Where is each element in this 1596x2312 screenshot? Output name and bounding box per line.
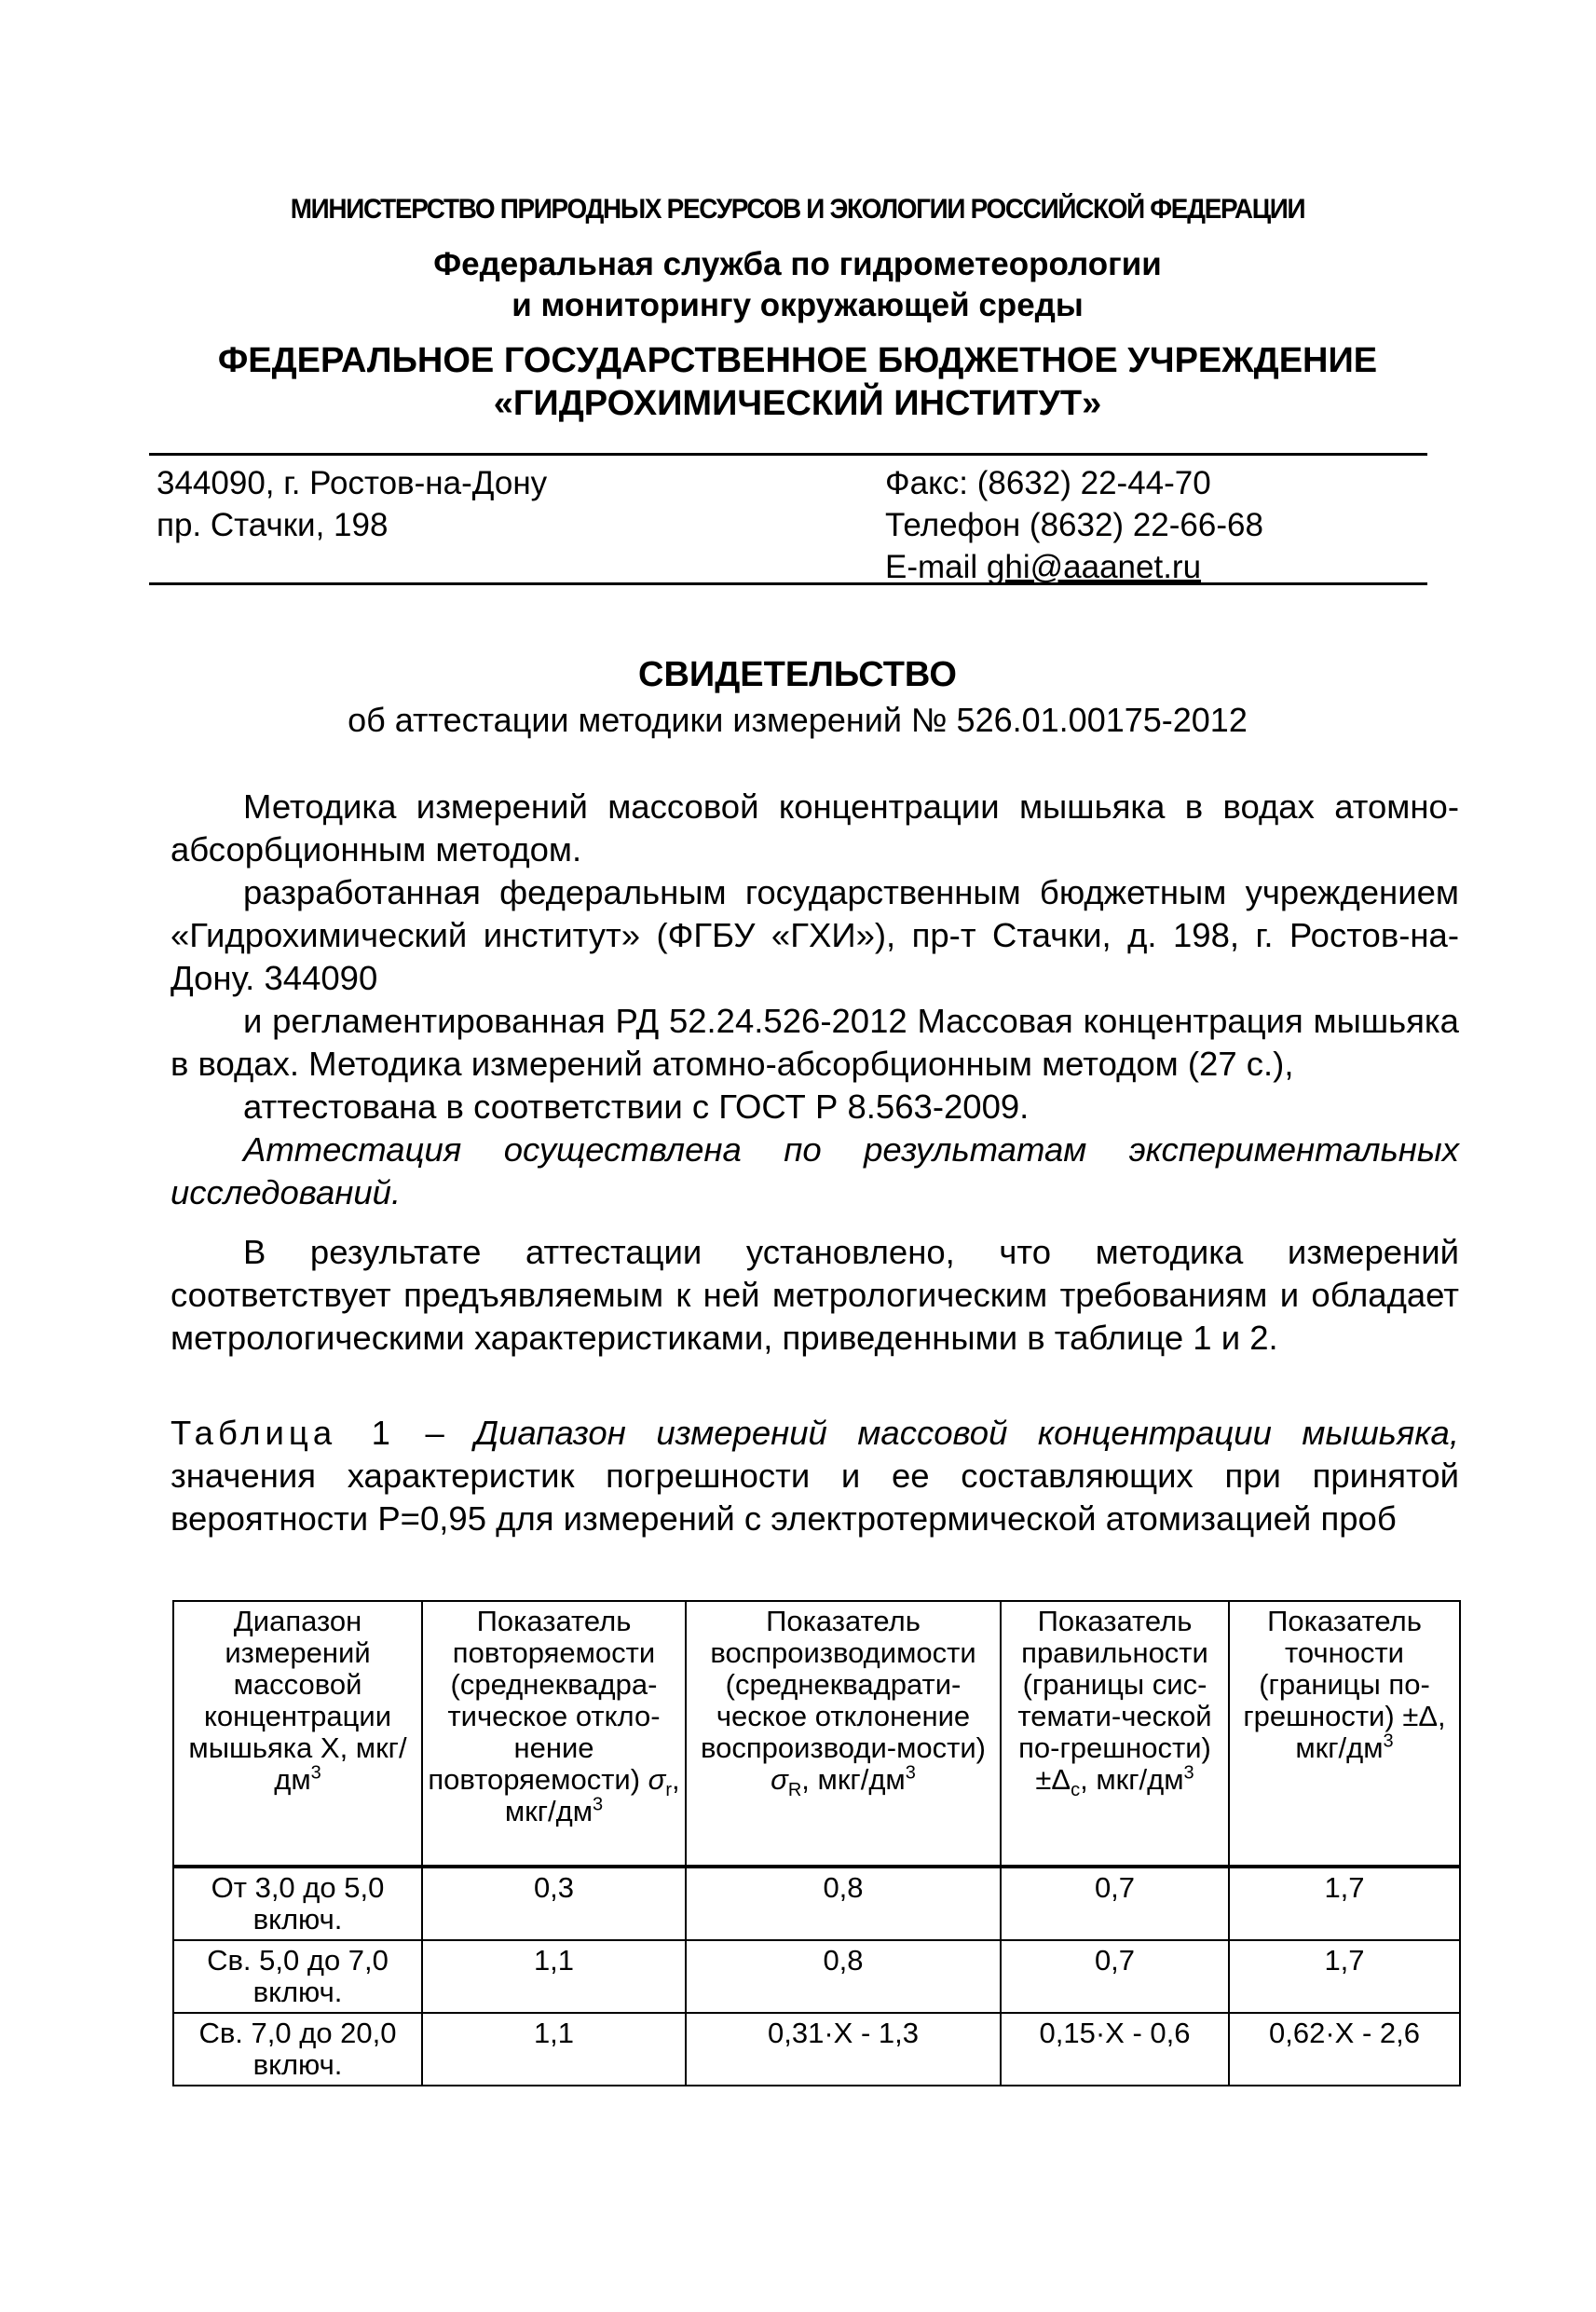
ministry-heading: МИНИСТЕРСТВО ПРИРОДНЫХ РЕСУРСОВ И ЭКОЛОГ… (195, 194, 1401, 226)
contacts-block: Факс: (8632) 22-44-70 Телефон (8632) 22-… (885, 462, 1263, 588)
certificate-title: СВИДЕТЕЛЬСТВО (149, 655, 1446, 695)
value-cell: 0,8 (686, 1940, 1001, 2013)
service-line-1: Федеральная служба по гидрометеорологии (149, 244, 1446, 285)
address-line-1: 344090, г. Ростов-на-Дону (157, 462, 547, 504)
table-header-cell: Диапазон измерений массовой концентрации… (173, 1601, 422, 1867)
value-cell: 0,7 (1001, 1940, 1229, 2013)
paragraph-result: В результате аттестации установлено, что… (171, 1231, 1459, 1360)
value-cell: 1,7 (1229, 1940, 1460, 2013)
email-label: E-mail (885, 549, 987, 585)
paragraph-gost: аттестована в соответствии с ГОСТ Р 8.56… (171, 1086, 1459, 1129)
table-row: От 3,0 до 5,0 включ.0,30,80,71,7 (173, 1867, 1460, 1940)
table-header-row: Диапазон измерений массовой концентрации… (173, 1601, 1460, 1867)
table-caption-rest: значения характеристик погрешности и ее … (171, 1457, 1459, 1538)
value-cell: 0,31·Х - 1,3 (686, 2013, 1001, 2086)
address-line-2: пр. Стачки, 198 (157, 504, 547, 546)
divider-bottom (149, 582, 1427, 585)
service-line-2: и мониторингу окружающей среды (149, 285, 1446, 326)
table-caption: Таблица 1 – Диапазон измерений массовой … (171, 1412, 1459, 1540)
paragraph-developer: разработанная федеральным государственны… (171, 871, 1459, 1000)
value-cell: 0,7 (1001, 1867, 1229, 1940)
table-body: От 3,0 до 5,0 включ.0,30,80,71,7Св. 5,0 … (173, 1867, 1460, 2086)
value-cell: 0,15·Х - 0,6 (1001, 2013, 1229, 2086)
table-row: Св. 7,0 до 20,0 включ.1,10,31·Х - 1,30,1… (173, 2013, 1460, 2086)
institution-line-1: ФЕДЕРАЛЬНОЕ ГОСУДАРСТВЕННОЕ БЮДЖЕТНОЕ УЧ… (149, 339, 1446, 382)
paragraph-regulation: и регламентированная РД 52.24.526-2012 М… (171, 1000, 1459, 1086)
table-row: Св. 5,0 до 7,0 включ.1,10,80,71,7 (173, 1940, 1460, 2013)
table-header-cell: Показатель повторяемости (среднеквадра-т… (422, 1601, 686, 1867)
range-cell: От 3,0 до 5,0 включ. (173, 1867, 422, 1940)
institution-heading: ФЕДЕРАЛЬНОЕ ГОСУДАРСТВЕННОЕ БЮДЖЕТНОЕ УЧ… (149, 339, 1446, 425)
address-block: 344090, г. Ростов-на-Дону пр. Стачки, 19… (157, 462, 547, 546)
value-cell: 1,7 (1229, 1867, 1460, 1940)
paragraph-research: Аттестация осуществлена по результатам э… (171, 1129, 1459, 1214)
value-cell: 1,1 (422, 2013, 686, 2086)
value-cell: 0,8 (686, 1867, 1001, 1940)
certificate-body: Методика измерений массовой концентрации… (171, 786, 1459, 1360)
divider-top (149, 453, 1427, 456)
table-caption-title: Диапазон измерений массовой концентрации… (474, 1414, 1459, 1452)
certificate-subtitle: об аттестации методики измерений № 526.0… (149, 701, 1446, 740)
value-cell: 0,62·Х - 2,6 (1229, 2013, 1460, 2086)
range-cell: Св. 7,0 до 20,0 включ. (173, 2013, 422, 2086)
institution-line-2: «ГИДРОХИМИЧЕСКИЙ ИНСТИТУТ» (149, 382, 1446, 425)
table-header-cell: Показатель правильности (границы сис-тем… (1001, 1601, 1229, 1867)
table-caption-label: Таблица 1 (171, 1414, 395, 1452)
value-cell: 1,1 (422, 1940, 686, 2013)
range-cell: Св. 5,0 до 7,0 включ. (173, 1940, 422, 2013)
table-caption-dash: – (395, 1414, 474, 1452)
table-header-cell: Показатель воспроизводимости (среднеквад… (686, 1601, 1001, 1867)
email-link[interactable]: ghi@aaanet.ru (987, 549, 1201, 585)
table-header-cell: Показатель точности (границы по-грешност… (1229, 1601, 1460, 1867)
phone: Телефон (8632) 22-66-68 (885, 504, 1263, 546)
metrology-table: Диапазон измерений массовой концентрации… (172, 1600, 1461, 2086)
value-cell: 0,3 (422, 1867, 686, 1940)
fax: Факс: (8632) 22-44-70 (885, 462, 1263, 504)
federal-service-heading: Федеральная служба по гидрометеорологии … (149, 244, 1446, 326)
paragraph-method: Методика измерений массовой концентрации… (171, 786, 1459, 871)
